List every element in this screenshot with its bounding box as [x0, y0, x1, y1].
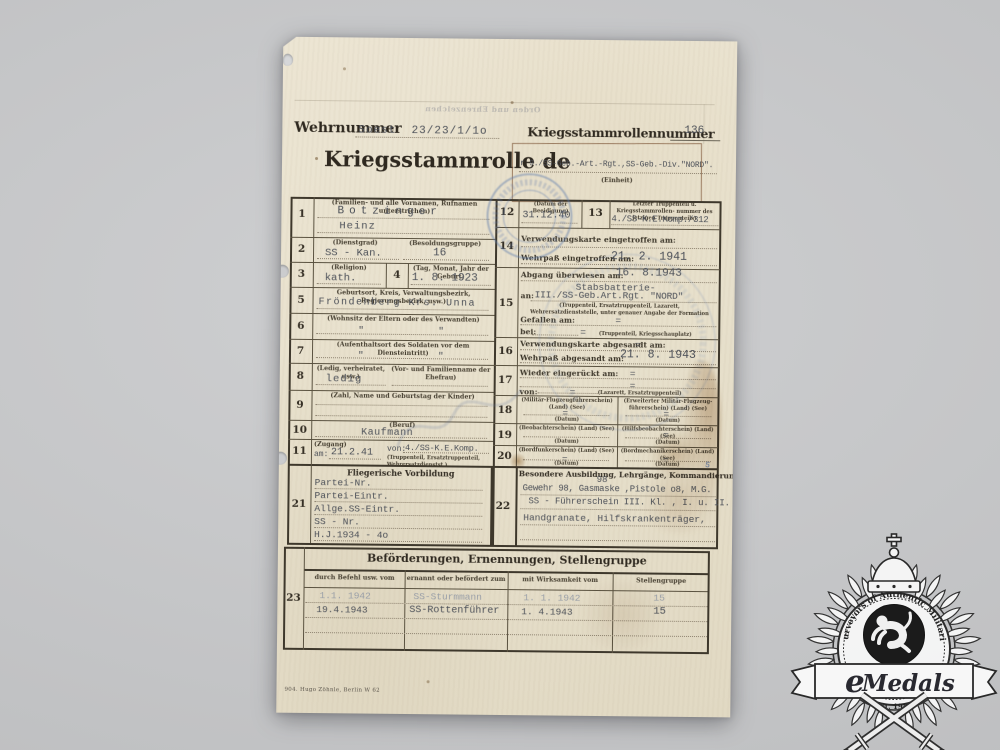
- photo-background: Orden und Ehrenzeichen Wehrnummer Soest …: [0, 0, 1000, 750]
- am-label: am:: [314, 451, 328, 459]
- cell-value: 15: [653, 607, 666, 618]
- field-label: (Aufenthaltsort des Soldaten vor dem Die…: [314, 341, 492, 359]
- cell-value: 1.1. 1942: [319, 591, 370, 601]
- paper: Orden und Ehrenzeichen Wehrnummer Soest …: [276, 37, 737, 718]
- line-value: SS - Nr.: [314, 517, 360, 527]
- field-label: (Zahl, Name und Geburtstag der Kinder): [314, 392, 492, 402]
- wehrpass-in-value: 21. 2. 1941: [611, 251, 687, 263]
- ditto-mark: ": [438, 351, 444, 361]
- pencil-box: [512, 143, 702, 202]
- rule: [403, 259, 489, 261]
- row-number: 22: [490, 501, 515, 512]
- rule: [520, 508, 715, 511]
- speck: [343, 67, 346, 70]
- paygroup-value: 16: [433, 248, 446, 259]
- row-number: 19: [493, 430, 516, 441]
- row-number: 11: [288, 446, 311, 457]
- lion-medallion: [864, 605, 925, 666]
- rule: [716, 201, 722, 549]
- rule: [521, 222, 577, 224]
- row-number: 7: [289, 346, 312, 357]
- field-sublabel: (Datum): [619, 439, 716, 447]
- field-label: Verwendungskarte eingetroffen am:: [521, 235, 676, 244]
- rule: [611, 224, 718, 226]
- cell-value: SS-Sturmmann: [413, 592, 482, 602]
- cell-value: 19.4.1943: [316, 605, 367, 615]
- row-number: 18: [493, 405, 516, 416]
- rule: [520, 386, 716, 389]
- line-value: Partei-Nr.: [315, 478, 372, 488]
- bleed-through-text: Orden und Ehrenzeichen: [403, 104, 563, 115]
- promotions-header: Beförderungen, Ernennungen, Stellengrupp…: [304, 551, 710, 568]
- column-header: mit Wirksamkeit vom: [508, 576, 613, 585]
- speck: [315, 157, 318, 160]
- line-value: Allge.SS-Eintr.: [314, 504, 400, 514]
- cell-value: SS-Rottenführer: [409, 606, 499, 617]
- rule: [317, 258, 399, 260]
- abgang-date-value: 16. 8.1943: [616, 268, 682, 280]
- row-number: 21: [287, 499, 310, 510]
- cell-value: 1. 1. 1942: [523, 593, 580, 603]
- rule: [411, 284, 491, 286]
- ditto-mark: ": [358, 350, 364, 360]
- rule: [316, 333, 488, 336]
- rule: [521, 246, 717, 249]
- field-sublabel: (Datum): [518, 460, 615, 468]
- row-number: 2: [290, 244, 313, 255]
- field-label: an:: [521, 292, 534, 300]
- row-number: 23: [283, 593, 303, 604]
- row-number: 5: [290, 295, 313, 306]
- line-value: H.J.1934 - 4o: [314, 530, 388, 540]
- field-sublabel: (Lazarett, Ersatztruppenteil): [580, 390, 700, 398]
- row-number: 8: [289, 371, 312, 382]
- cell-value: 1. 4.1943: [521, 607, 572, 617]
- field-sublabel: (Datum): [518, 416, 615, 424]
- rule: [316, 384, 386, 386]
- emedals-watermark-logo: Purveyors of Authentic Militaria e Medal…: [788, 531, 1000, 750]
- punch-hole: [276, 265, 289, 278]
- rule: [317, 283, 381, 285]
- field-label: Gefallen am:: [520, 316, 575, 324]
- rule: [515, 466, 518, 545]
- column-header: Stellengruppe: [613, 577, 710, 586]
- row-number: 12: [495, 207, 518, 218]
- row-number: 14: [495, 241, 518, 252]
- field-label: (Wohnsitz der Eltern oder des Verwandten…: [314, 315, 492, 325]
- line-value: Handgranate, Hilfskrankenträger,: [523, 513, 706, 524]
- oath-date-value: 31.12.40: [522, 211, 570, 222]
- line-value: SS - Führerschein III. Kl. , I. u. II.: [528, 497, 730, 508]
- rule: [670, 140, 720, 142]
- punch-hole: [276, 452, 287, 465]
- wehrpass-out-value: 21. 8. 1943: [620, 349, 696, 361]
- rule: [521, 263, 717, 266]
- rule: [283, 648, 709, 654]
- speck: [427, 680, 430, 683]
- row-number: 20: [493, 451, 516, 462]
- row-number: 4: [386, 270, 408, 281]
- field-sublabel: (Datum): [518, 438, 615, 446]
- rule: [532, 334, 578, 335]
- row-number: 13: [581, 208, 609, 219]
- field-sublabel: (Datum): [619, 461, 716, 469]
- rule: [355, 136, 499, 139]
- row-number: 17: [494, 375, 517, 386]
- row-number: 1: [290, 209, 313, 220]
- printer-imprint: 904. Hugo Zöhnle, Berlin W 62: [284, 687, 380, 694]
- rule: [520, 324, 716, 327]
- stammrollennummer-value: 136: [684, 126, 704, 137]
- row-number: 15: [494, 298, 517, 309]
- field-sublabel: (Datum): [619, 417, 716, 425]
- rule: [520, 539, 715, 542]
- column-header: ernannt oder befördert zum: [405, 575, 508, 584]
- rule: [315, 415, 487, 418]
- birthdate-value: 1. 8. 1923: [412, 273, 478, 285]
- row-number: 9: [288, 400, 311, 411]
- rule: [403, 452, 489, 454]
- field-sublabel: (Truppenteil, Kriegsschauplatz): [580, 331, 710, 339]
- field-label: (Beobachterschein) (Land) (See): [518, 425, 615, 433]
- field-label: (Vor- und Familienname der Ehefrau): [390, 366, 492, 383]
- row-number: 16: [494, 346, 517, 357]
- firstname-value: Heinz: [339, 221, 376, 232]
- crown-icon: [868, 534, 920, 592]
- cell-value: 15: [653, 594, 665, 604]
- ribbon-text-medals: Medals: [861, 670, 955, 697]
- rule: [329, 458, 381, 460]
- rule: [392, 385, 488, 387]
- column-header: durch Befehl usw. vom: [305, 574, 405, 583]
- document-page: Orden und Ehrenzeichen Wehrnummer Soest …: [276, 37, 737, 718]
- rule: [520, 377, 716, 380]
- field-label: Abgang überwiesen am:: [521, 271, 624, 280]
- rule: [495, 227, 720, 230]
- field-label: von:: [520, 388, 538, 396]
- row-number: 10: [288, 425, 311, 436]
- rule: [317, 232, 489, 235]
- line-value: Partei-Eintr.: [314, 491, 388, 501]
- row-number: 6: [289, 321, 312, 332]
- row-number: 3: [290, 269, 313, 280]
- rule: [315, 404, 487, 407]
- torn-hole: [283, 54, 293, 66]
- am-value: 21.2.41: [331, 448, 373, 458]
- section22-header: Besondere Ausbildung, Lehrgänge, Kommand…: [519, 469, 715, 480]
